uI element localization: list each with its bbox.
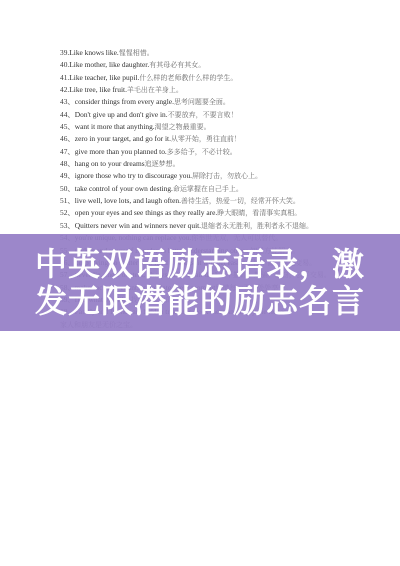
quote-english: give more than you planned to.	[75, 147, 167, 156]
quote-line: 45、want it more that anything.渴望之物最重要。	[60, 121, 331, 133]
quote-number: 43、	[60, 97, 75, 106]
quote-number: 45、	[60, 122, 75, 131]
quote-english: ignore those who try to discourage you.	[75, 171, 192, 180]
quote-english: Like tree, like fruit.	[69, 85, 127, 94]
quote-english: Like mother, like daughter.	[69, 60, 149, 69]
quote-number: 46、	[60, 134, 75, 143]
quote-number: 50、	[60, 184, 75, 193]
quote-number: 48、	[60, 159, 75, 168]
quote-chinese: 羊毛出在羊身上。	[127, 86, 183, 94]
quote-chinese: 多多给予，不必计较。	[167, 148, 237, 156]
quote-line: 46、zero in your target, and go for it.从零…	[60, 133, 331, 145]
quote-chinese: 有其母必有其女。	[149, 61, 205, 69]
title-line-2: 发无限潜能的励志名言	[35, 283, 365, 320]
quote-chinese: 从零开始，勇往直前！	[171, 135, 241, 143]
quote-line: 53、Quitters never win and winners never …	[60, 220, 331, 232]
quote-line: 41.Like teacher, like pupil.什么样的老师教什么样的学…	[60, 72, 331, 84]
quote-line: 48、hang on to your dreams追逐梦想。	[60, 158, 331, 170]
quote-english: zero in your target, and go for it.	[75, 134, 171, 143]
quote-english: open your eyes and see things as they re…	[75, 208, 217, 217]
quote-chinese: 追逐梦想。	[145, 160, 180, 168]
quote-english: Quitters never win and winners never qui…	[75, 221, 201, 230]
quote-chinese: 渴望之物最重要。	[155, 123, 211, 131]
quote-chinese: 什么样的老师教什么样的学生。	[139, 74, 237, 82]
quote-line: 40.Like mother, like daughter.有其母必有其女。	[60, 59, 331, 71]
quote-number: 52、	[60, 208, 75, 217]
quote-english: consider things from every angle.	[75, 97, 174, 106]
title-line-1: 中英双语励志语录，激	[35, 246, 365, 283]
quote-number: 53、	[60, 221, 75, 230]
quote-chinese: 退缩者永无胜利，胜利者永不退缩。	[201, 222, 313, 230]
quote-chinese: 睁大眼睛，看清事实真相。	[217, 209, 301, 217]
quote-number: 51、	[60, 196, 75, 205]
quote-english: Don't give up and don't give in.	[75, 110, 168, 119]
quote-line: 49、ignore those who try to discourage yo…	[60, 170, 331, 182]
quote-english: Like teacher, like pupil.	[69, 73, 139, 82]
quote-english: want it more that anything.	[75, 122, 155, 131]
quote-number: 44、	[60, 110, 75, 119]
quote-chinese: 惺惺相惜。	[119, 49, 154, 57]
quote-number: 47、	[60, 147, 75, 156]
quote-line: 43、consider things from every angle.思考问题…	[60, 96, 331, 108]
quote-number: 42.	[60, 85, 69, 94]
quote-number: 39.	[60, 48, 69, 57]
quote-line: 51、live well, love lots, and laugh often…	[60, 195, 331, 207]
quote-line: 44、Don't give up and don't give in.不要放弃，…	[60, 109, 331, 121]
quote-line: 47、give more than you planned to.多多给予，不必…	[60, 146, 331, 158]
quote-english: Like knows like.	[69, 48, 118, 57]
quote-chinese: 不要放弃，不要言败！	[168, 111, 238, 119]
quote-english: live well, love lots, and laugh often.	[75, 196, 181, 205]
quote-number: 49、	[60, 171, 75, 180]
quote-line: 50、take control of your own desting.命运掌握…	[60, 183, 331, 195]
title-overlay-band: 中英双语励志语录，激 发无限潜能的励志名言	[0, 234, 400, 331]
quote-number: 41.	[60, 73, 69, 82]
quote-chinese: 善待生活，热爱一切，经常开怀大笑。	[181, 197, 300, 205]
quote-chinese: 命运掌握在自己手上。	[173, 185, 243, 193]
quote-english: hang on to your dreams	[75, 159, 145, 168]
quote-english: take control of your own desting.	[75, 184, 173, 193]
quote-line: 39.Like knows like.惺惺相惜。	[60, 47, 331, 59]
quote-chinese: 屏除打击，勿放心上。	[192, 172, 262, 180]
quote-number: 40.	[60, 60, 69, 69]
quote-line: 52、open your eyes and see things as they…	[60, 207, 331, 219]
quote-line: 42.Like tree, like fruit.羊毛出在羊身上。	[60, 84, 331, 96]
quote-chinese: 思考问题要全面。	[174, 98, 230, 106]
